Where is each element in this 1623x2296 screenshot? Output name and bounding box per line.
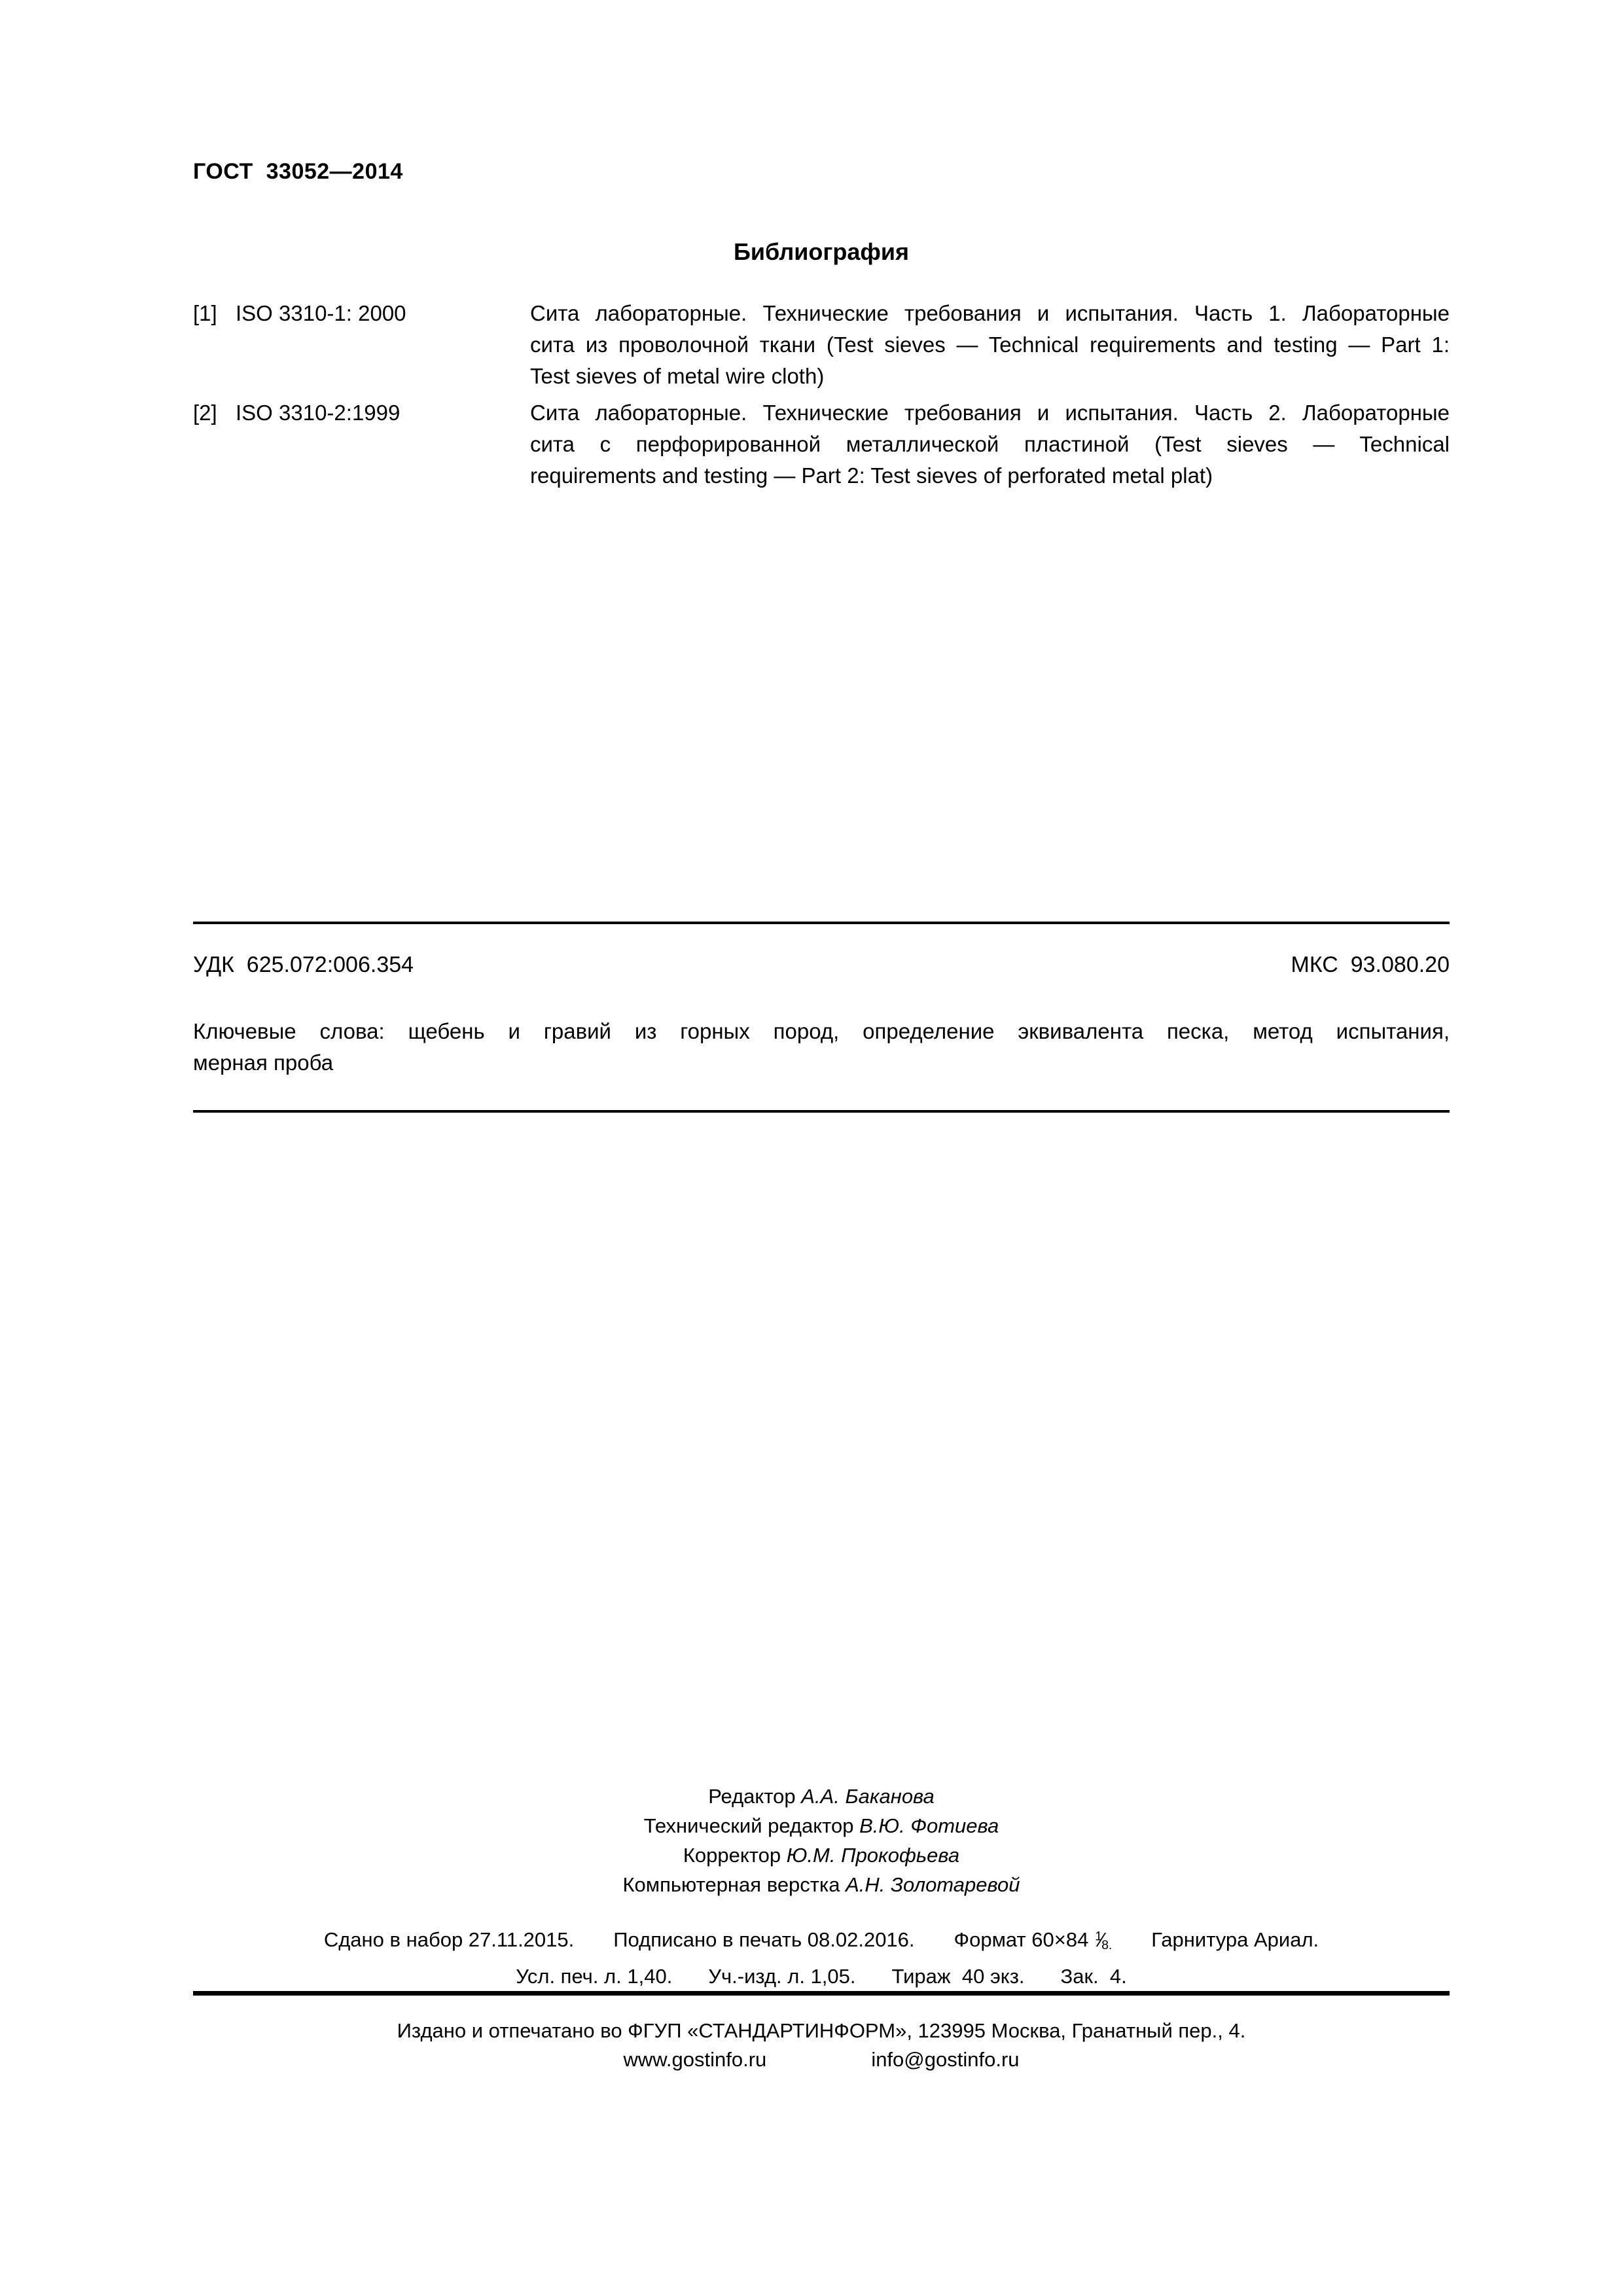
entry-standard-code: ISO 3310-1: 2000 [236, 298, 530, 329]
imprint-format-label: Формат 60×84 [954, 1926, 1089, 1954]
entry-description-line: requirements and testing — Part 2: Test … [530, 460, 1450, 492]
format-fraction: 1⁄8. [1095, 1926, 1112, 1954]
publisher-website: www.gostinfo.ru [623, 2045, 766, 2073]
bibliography-list: [1] ISO 3310-1: 2000 Сита лабораторные. … [193, 298, 1450, 492]
credit-role: Редактор [708, 1785, 801, 1808]
imprint-print-run: Тираж 40 экз. [892, 1962, 1025, 1991]
udk-code: УДК 625.072:006.354 [193, 950, 414, 979]
credit-name: А.Н. Золотаревой [846, 1873, 1020, 1896]
divider-rule-bottom [193, 1110, 1450, 1113]
fraction-denominator: 8. [1101, 1939, 1112, 1952]
credit-corrector: Корректор Ю.М. Прокофьева [193, 1840, 1450, 1870]
credit-role: Технический редактор [644, 1814, 859, 1837]
page-content: ГОСТ 33052—2014 Библиография [1] ISO 331… [0, 0, 1623, 2296]
imprint-order-number: Зак. 4. [1061, 1962, 1127, 1991]
entry-number: [1] [193, 298, 236, 329]
entry-description-line: сита с перфорированной металлической пла… [530, 429, 1450, 460]
imprint-line-2: Усл. печ. л. 1,40. Уч.-изд. л. 1,05. Тир… [193, 1962, 1450, 1991]
entry-description-line: Сита лабораторные. Технические требовани… [530, 298, 1450, 329]
imprint-printed-sheets: Усл. печ. л. 1,40. [516, 1962, 672, 1991]
credit-editor: Редактор А.А. Баканова [193, 1782, 1450, 1811]
publisher-block: Издано и отпечатано во ФГУП «СТАНДАРТИНФ… [193, 2017, 1450, 2073]
credit-role: Компьютерная верстка [622, 1873, 846, 1896]
entry-description-line: сита из проволочной ткани (Test sieves —… [530, 329, 1450, 361]
imprint-typeset-date: Сдано в набор 27.11.2015. [324, 1926, 574, 1954]
entry-description-line: Test sieves of metal wire cloth) [530, 361, 1450, 392]
credits-block: Редактор А.А. Баканова Технический редак… [193, 1782, 1450, 1899]
publisher-links: www.gostinfo.ru info@gostinfo.ru [193, 2045, 1450, 2073]
entry-description: Сита лабораторные. Технические требовани… [530, 397, 1450, 492]
bibliography-entry-2: [2] ISO 3310-2:1999 Сита лабораторные. Т… [193, 397, 1450, 492]
entry-description: Сита лабораторные. Технические требовани… [530, 298, 1450, 392]
keywords-paragraph: Ключевые слова: щебень и гравий из горны… [193, 1016, 1450, 1079]
imprint-format: Формат 60×841⁄8. [954, 1926, 1113, 1954]
bibliography-entry-1: [1] ISO 3310-1: 2000 Сита лабораторные. … [193, 298, 1450, 392]
credit-role: Корректор [683, 1844, 787, 1867]
credit-layout: Компьютерная верстка А.Н. Золотаревой [193, 1870, 1450, 1899]
entry-standard-code: ISO 3310-2:1999 [236, 397, 530, 429]
publisher-email: info@gostinfo.ru [871, 2045, 1019, 2073]
document-page: ГОСТ 33052—2014 Библиография [1] ISO 331… [0, 0, 1623, 2296]
divider-rule-top [193, 922, 1450, 924]
credit-name: А.А. Баканова [801, 1785, 935, 1808]
credit-name: Ю.М. Прокофьева [787, 1844, 959, 1867]
imprint-publishing-sheets: Уч.-изд. л. 1,05. [708, 1962, 855, 1991]
credit-name: В.Ю. Фотиева [859, 1814, 999, 1837]
credit-technical-editor: Технический редактор В.Ю. Фотиева [193, 1811, 1450, 1840]
bibliography-title: Библиография [193, 238, 1450, 266]
imprint-line-1: Сдано в набор 27.11.2015. Подписано в пе… [193, 1926, 1450, 1954]
classification-row: УДК 625.072:006.354 МКС 93.080.20 [193, 950, 1450, 979]
entry-description-line: Сита лабораторные. Технические требовани… [530, 397, 1450, 429]
publisher-address: Издано и отпечатано во ФГУП «СТАНДАРТИНФ… [193, 2017, 1450, 2045]
entry-number: [2] [193, 397, 236, 429]
doc-code-header: ГОСТ 33052—2014 [193, 0, 1450, 186]
keywords-line: Ключевые слова: щебень и гравий из горны… [193, 1016, 1450, 1047]
imprint-typeface: Гарнитура Ариал. [1151, 1926, 1319, 1954]
keywords-line: мерная проба [193, 1047, 1450, 1079]
imprint-print-date: Подписано в печать 08.02.2016. [613, 1926, 914, 1954]
mks-code: МКС 93.080.20 [1291, 950, 1450, 979]
footer-rule [193, 1991, 1450, 1996]
